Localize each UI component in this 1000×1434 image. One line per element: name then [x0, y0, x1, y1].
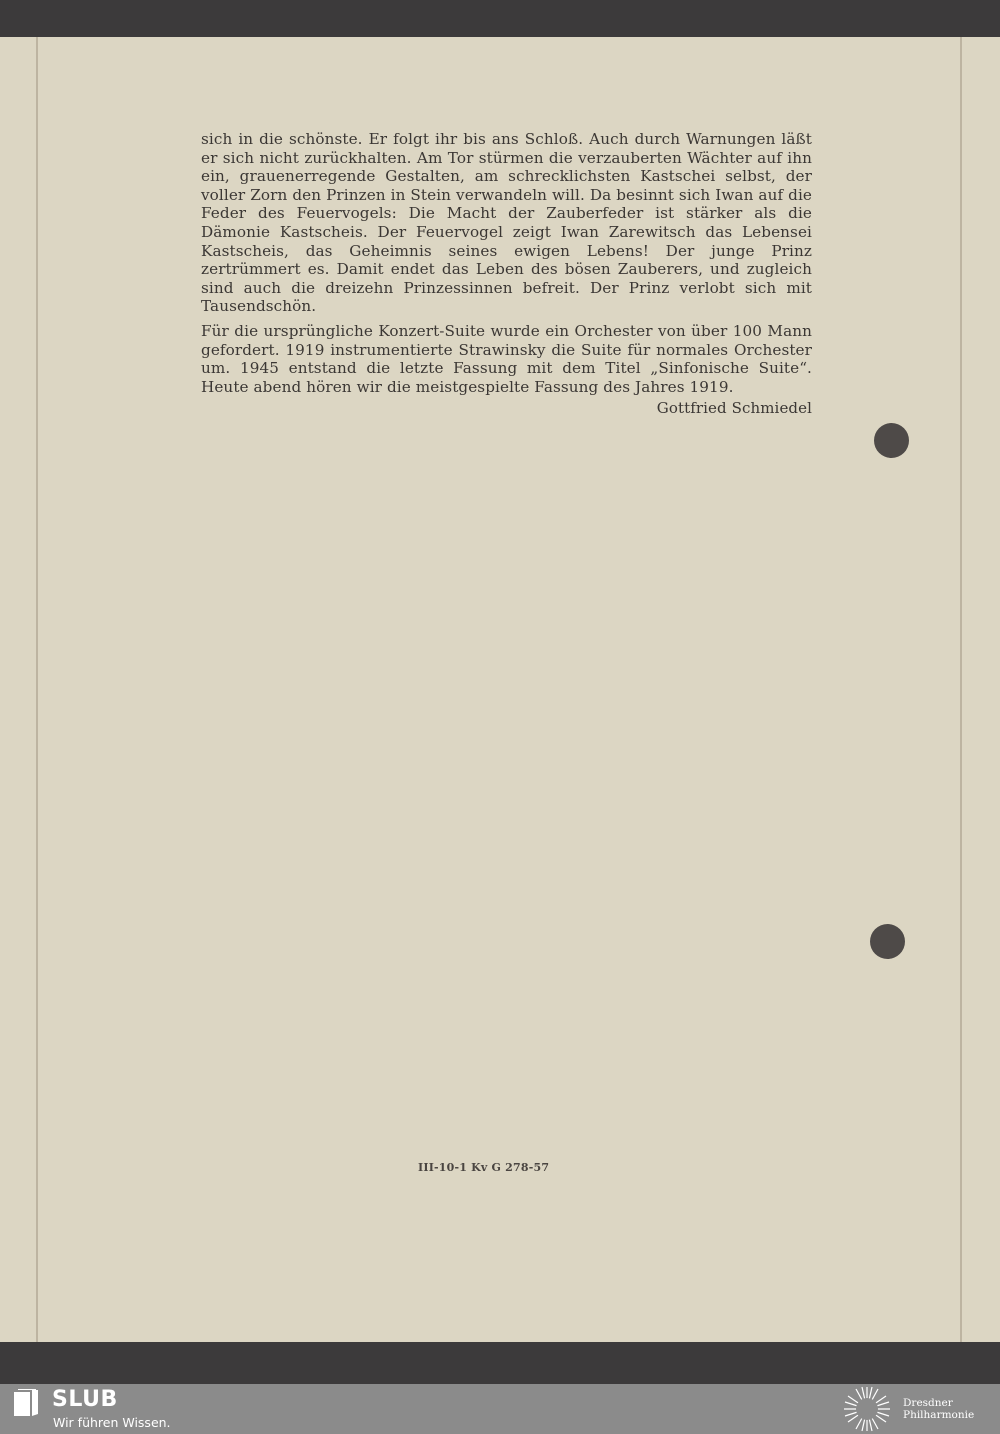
dresdner-philharmonie-wordmark[interactable]: Dresdner Philharmonie: [903, 1397, 974, 1421]
body-text: sich in die schönste. Er folgt ihr bis a…: [201, 130, 812, 418]
slub-wordmark[interactable]: SLUB: [52, 1387, 118, 1412]
footer-bar: SLUB Wir führen Wissen. Dresd: [0, 1384, 1000, 1434]
punch-hole: [870, 924, 905, 959]
fold-line-left: [36, 37, 38, 1342]
paragraph: sich in die schönste. Er folgt ihr bis a…: [201, 130, 812, 316]
dresdner-philharmonie-sunburst-icon: [842, 1386, 892, 1432]
slub-book-icon: [12, 1388, 40, 1418]
author-signature: Gottfried Schmiedel: [201, 399, 812, 418]
slub-tagline: Wir führen Wissen.: [53, 1415, 171, 1430]
catalog-number: III-10-1 Kv G 278-57: [418, 1161, 618, 1174]
punch-hole: [874, 423, 909, 458]
fold-line-right: [960, 37, 962, 1342]
paragraph: Für die ursprüngliche Konzert-Suite wurd…: [201, 322, 812, 396]
